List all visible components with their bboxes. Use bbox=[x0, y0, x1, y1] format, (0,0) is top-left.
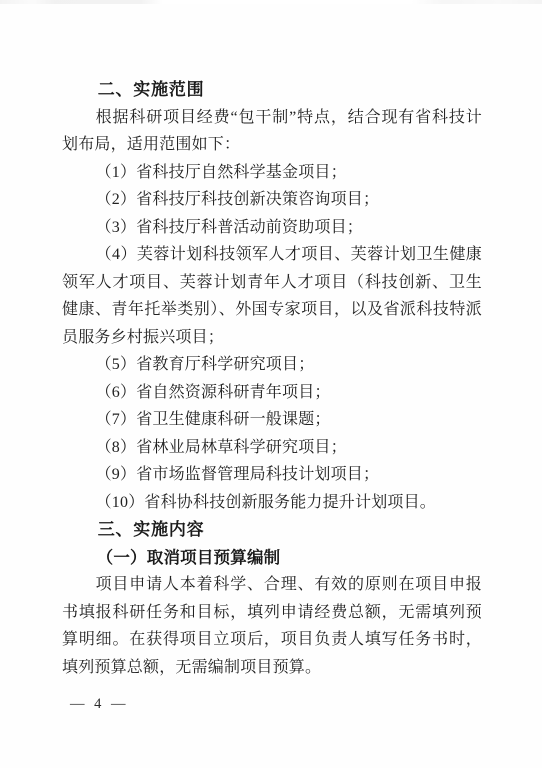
list-item-4: （4）芙蓉计划科技领军人才项目、芙蓉计划卫生健康领军人才项目、芙蓉计划青年人才项… bbox=[62, 241, 482, 351]
list-item-6: （6）省自然资源科研青年项目； bbox=[62, 379, 482, 407]
paragraph-scope-intro: 根据科研项目经费“包干制”特点，结合现有省科技计划布局，适用范围如下： bbox=[62, 104, 482, 159]
list-item-10: （10）省科协科技创新服务能力提升计划项目。 bbox=[62, 489, 482, 517]
list-item-5: （5）省教育厅科学研究项目； bbox=[62, 351, 482, 379]
list-item-1: （1）省科技厅自然科学基金项目； bbox=[62, 159, 482, 187]
list-item-7: （7）省卫生健康科研一般课题； bbox=[62, 406, 482, 434]
document-body: 二、实施范围根据科研项目经费“包干制”特点，结合现有省科技计划布局，适用范围如下… bbox=[62, 76, 482, 681]
scan-edge-artifact bbox=[0, 0, 542, 4]
page-number: — 4 — bbox=[70, 696, 129, 713]
list-item-9: （9）省市场监督管理局科技计划项目； bbox=[62, 461, 482, 489]
subsection-heading-cancel-budget: （一）取消项目预算编制 bbox=[62, 544, 482, 572]
list-item-3: （3）省科技厅科普活动前资助项目； bbox=[62, 214, 482, 242]
scanned-document-page: 二、实施范围根据科研项目经费“包干制”特点，结合现有省科技计划布局，适用范围如下… bbox=[0, 0, 542, 768]
list-item-8: （8）省林业局林草科学研究项目； bbox=[62, 434, 482, 462]
list-item-2: （2）省科技厅科技创新决策咨询项目； bbox=[62, 186, 482, 214]
paragraph-cancel-budget-detail: 项目申请人本着科学、合理、有效的原则在项目申报书填报科研任务和目标，填列申请经费… bbox=[62, 571, 482, 681]
section-heading-scope: 二、实施范围 bbox=[62, 76, 482, 104]
section-heading-content: 三、实施内容 bbox=[62, 516, 482, 544]
